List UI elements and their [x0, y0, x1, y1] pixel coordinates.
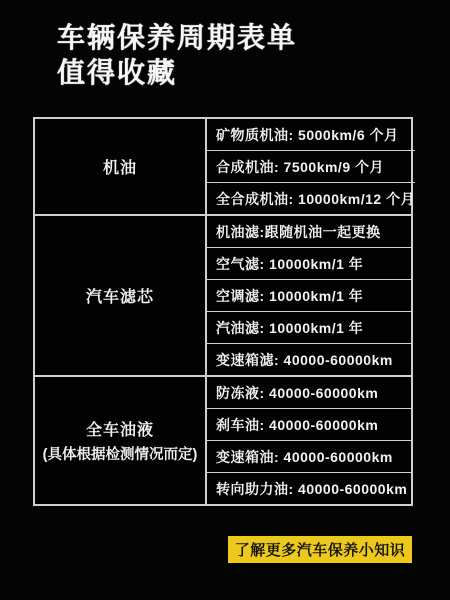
section-label-cell: 机油 — [35, 119, 207, 214]
page-title: 车辆保养周期表单 值得收藏 — [57, 21, 297, 91]
footer-badge: 了解更多汽车保养小知识 — [228, 536, 412, 563]
page-title-line1: 车辆保养周期表单 — [57, 21, 297, 56]
table-row: 刹车油: 40000-60000km — [207, 408, 411, 440]
section-label: 机油 — [103, 155, 137, 178]
table-row: 空调滤: 10000km/1 年 — [207, 279, 411, 311]
section-rows: 矿物质机油: 5000km/6 个月合成机油: 7500km/9 个月全合成机油… — [207, 119, 415, 214]
section-rows: 防冻液: 40000-60000km刹车油: 40000-60000km变速箱油… — [207, 377, 411, 504]
table-section: 汽车滤芯机油滤:跟随机油一起更换空气滤: 10000km/1 年空调滤: 100… — [35, 214, 411, 375]
section-label: 汽车滤芯 — [86, 284, 154, 307]
poster-canvas: 车辆保养周期表单 值得收藏 机油矿物质机油: 5000km/6 个月合成机油: … — [0, 0, 450, 600]
section-sublabel: (具体根据检测情况而定) — [43, 443, 198, 464]
section-label-cell: 全车油液(具体根据检测情况而定) — [35, 377, 207, 504]
table-row: 转向助力油: 40000-60000km — [207, 472, 411, 504]
maintenance-table: 机油矿物质机油: 5000km/6 个月合成机油: 7500km/9 个月全合成… — [33, 117, 413, 506]
table-row: 变速箱油: 40000-60000km — [207, 440, 411, 472]
page-title-line2: 值得收藏 — [57, 56, 297, 91]
table-row: 矿物质机油: 5000km/6 个月 — [207, 119, 415, 150]
table-row: 防冻液: 40000-60000km — [207, 377, 411, 408]
table-row: 全合成机油: 10000km/12 个月 — [207, 182, 415, 214]
table-row: 合成机油: 7500km/9 个月 — [207, 150, 415, 182]
section-rows: 机油滤:跟随机油一起更换空气滤: 10000km/1 年空调滤: 10000km… — [207, 216, 411, 375]
section-label: 全车油液 — [86, 417, 154, 440]
section-label-cell: 汽车滤芯 — [35, 216, 207, 375]
table-section: 全车油液(具体根据检测情况而定)防冻液: 40000-60000km刹车油: 4… — [35, 375, 411, 504]
table-row: 空气滤: 10000km/1 年 — [207, 247, 411, 279]
table-row: 机油滤:跟随机油一起更换 — [207, 216, 411, 247]
table-row: 变速箱滤: 40000-60000km — [207, 343, 411, 375]
table-section: 机油矿物质机油: 5000km/6 个月合成机油: 7500km/9 个月全合成… — [35, 119, 411, 214]
table-row: 汽油滤: 10000km/1 年 — [207, 311, 411, 343]
